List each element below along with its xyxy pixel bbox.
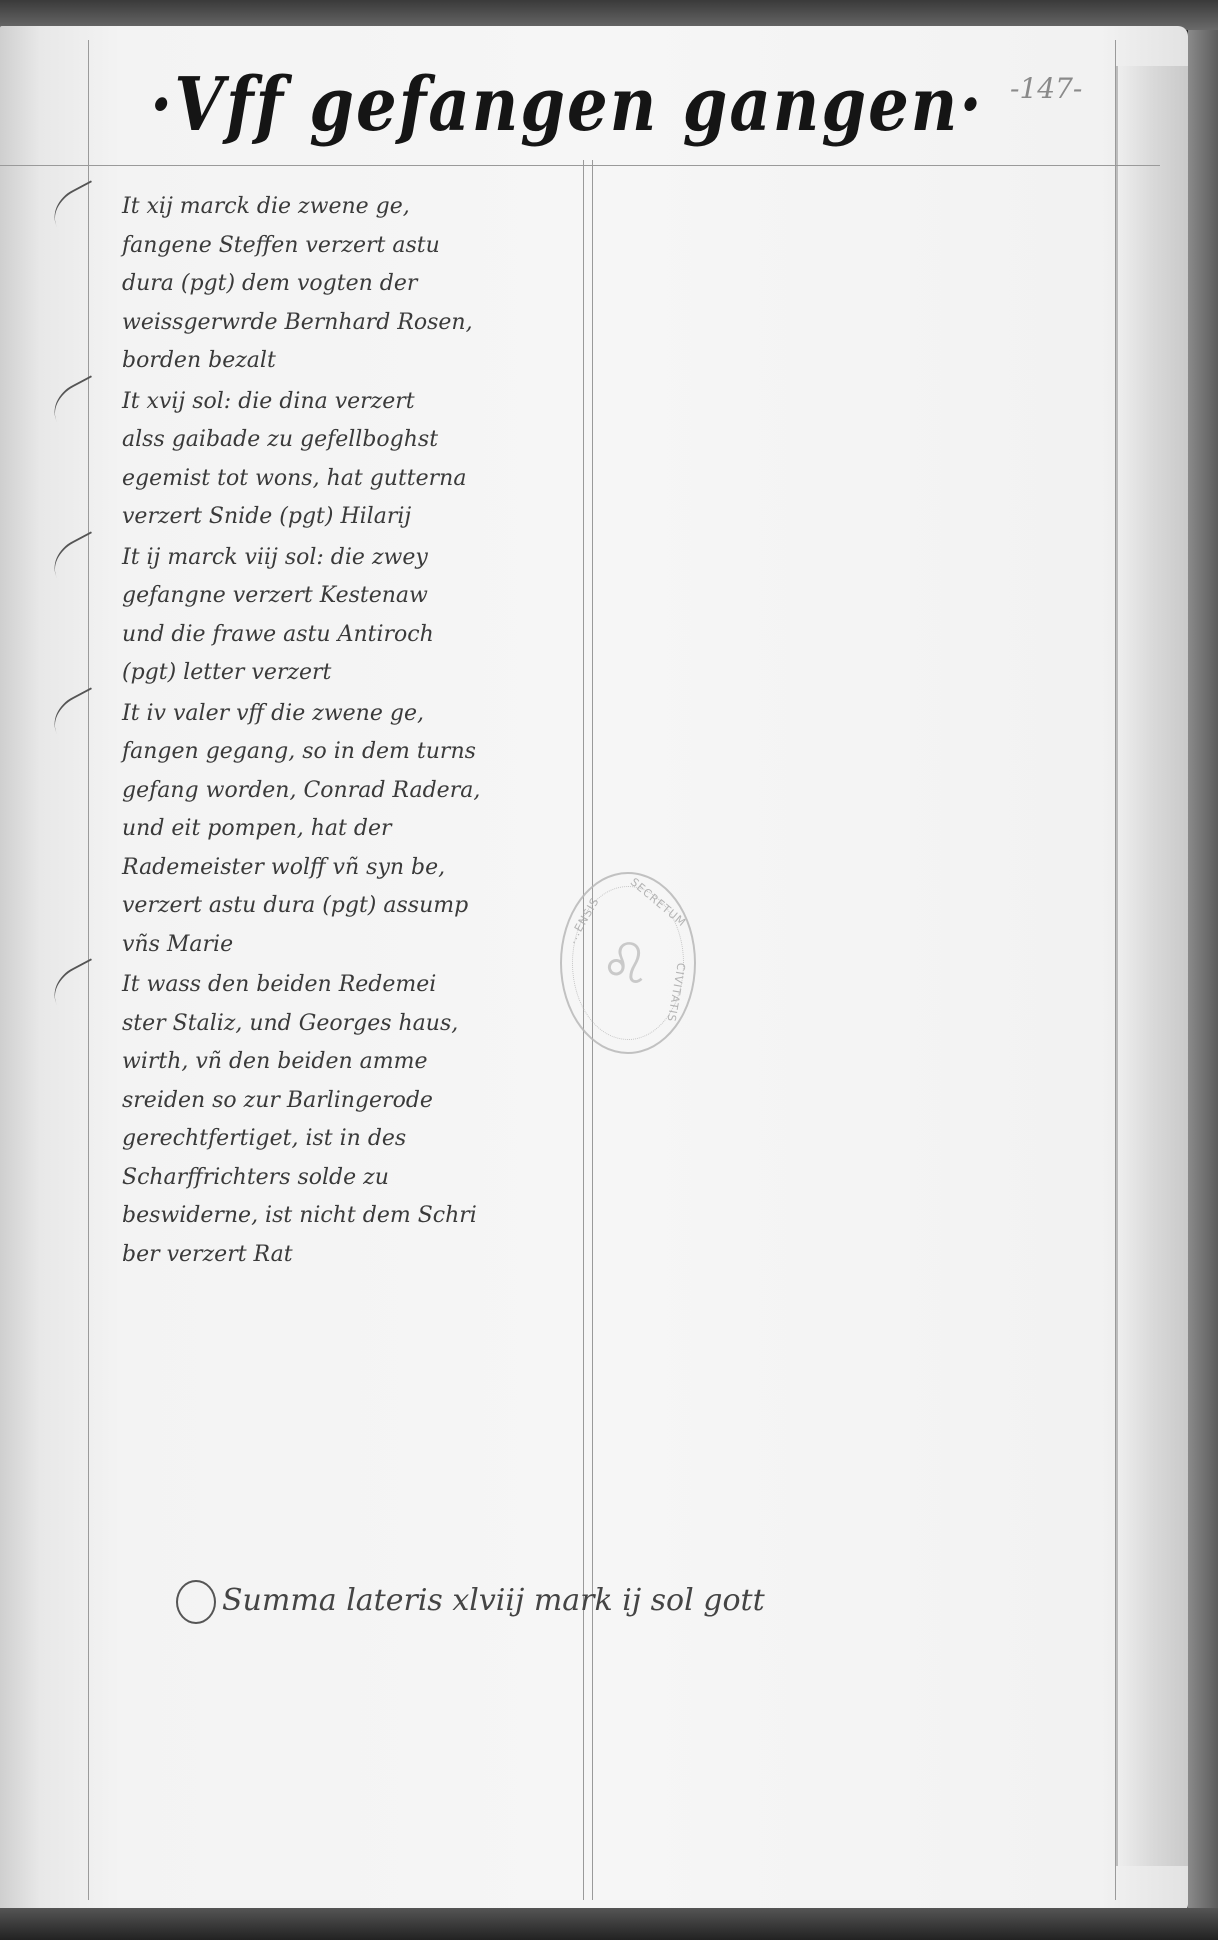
- entry-line: Rademeister wolff vñ syn be,: [100, 849, 570, 888]
- book-fore-edge: [1188, 30, 1218, 1910]
- entry-line: It iv valer vff die zwene ge,: [100, 695, 570, 734]
- page-right-margin-fold: [1116, 66, 1188, 1866]
- entry-line: ster Staliz, und Georges haus,: [100, 1005, 570, 1044]
- ledger-entry: It xij marck die zwene ge, fangene Steff…: [100, 188, 570, 381]
- entry-line: fangene Steffen verzert astu: [100, 227, 570, 266]
- entry-line: gefangne verzert Kestenaw: [100, 577, 570, 616]
- entry-line: (pgt) letter verzert: [100, 654, 570, 693]
- entry-line: verzert Snide (pgt) Hilarij: [100, 498, 570, 537]
- entry-line: ber verzert Rat: [100, 1236, 570, 1275]
- entry-line: sreiden so zur Barlingerode: [100, 1082, 570, 1121]
- entry-line: und die frawe astu Antiroch: [100, 616, 570, 655]
- entry-line: It xvij sol: die dina verzert: [100, 383, 570, 422]
- entry-line: Scharffrichters solde zu: [100, 1159, 570, 1198]
- folio-number: -147-: [1010, 72, 1082, 105]
- header-rule: [0, 165, 1160, 166]
- lion-emblem-icon: ♌: [600, 932, 650, 997]
- entry-line: alss gaibade zu gefellboghst: [100, 421, 570, 460]
- entry-line: beswiderne, ist nicht dem Schri: [100, 1197, 570, 1236]
- entry-line: gerechtfertiget, ist in des: [100, 1120, 570, 1159]
- entry-line: weissgerwrde Bernhard Rosen,: [100, 304, 570, 343]
- entry-line: dura (pgt) dem vogten der: [100, 265, 570, 304]
- page-heading: ·Vff gefangen gangen·: [150, 62, 984, 148]
- entry-line: und eit pompen, hat der: [100, 810, 570, 849]
- entry-line: wirth, vñ den beiden amme: [100, 1043, 570, 1082]
- right-margin-rule: [1115, 40, 1116, 1900]
- book-bottom-edge: [0, 1908, 1218, 1940]
- entry-line: verzert astu dura (pgt) assump: [100, 887, 570, 926]
- city-seal-stamp: SECRETUM CIVITATIS ...ENSIS ♌: [560, 872, 696, 1054]
- entry-line: gefang worden, Conrad Radera,: [100, 772, 570, 811]
- entry-line: egemist tot wons, hat gutterna: [100, 460, 570, 499]
- entry-line: fangen gegang, so in dem turns: [100, 733, 570, 772]
- summa-initial-icon: [176, 1580, 216, 1624]
- summa-text: Summa lateris xlviij mark ij sol gott: [222, 1583, 765, 1618]
- entry-line: vñs Marie: [100, 926, 570, 965]
- ledger-entries: It xij marck die zwene ge, fangene Steff…: [100, 188, 570, 1276]
- ledger-entry: It iv valer vff die zwene ge, fangen geg…: [100, 695, 570, 965]
- ledger-entry: It ij marck viij sol: die zwey gefangne …: [100, 539, 570, 693]
- entry-line: It ij marck viij sol: die zwey: [100, 539, 570, 578]
- page-total: Summa lateris xlviij mark ij sol gott: [176, 1580, 765, 1624]
- ledger-entry: It xvij sol: die dina verzert alss gaiba…: [100, 383, 570, 537]
- entry-line: It xij marck die zwene ge,: [100, 188, 570, 227]
- ledger-entry: It wass den beiden Redemei ster Staliz, …: [100, 966, 570, 1274]
- entry-line: borden bezalt: [100, 342, 570, 381]
- entry-line: It wass den beiden Redemei: [100, 966, 570, 1005]
